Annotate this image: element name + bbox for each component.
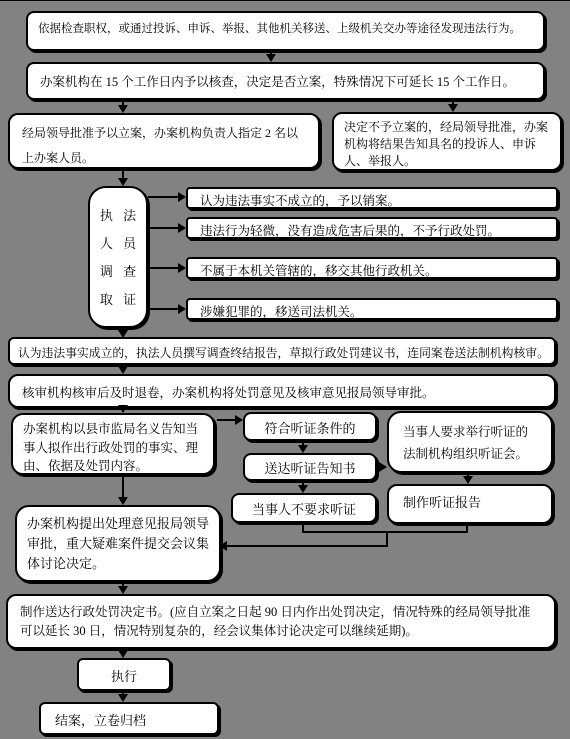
arrowhead-b2-b3 xyxy=(118,105,128,113)
arrowhead-b13-b14 xyxy=(298,445,308,453)
arrowhead-b5-b7 xyxy=(178,223,186,233)
administrative-penalty-flowchart: 依据检查职权，或通过投诉、申诉、举报、其他机关移送、上级机关交办等途径发现违法行… xyxy=(0,0,570,739)
connector-merge-horizontal xyxy=(302,531,468,533)
step-legal-review: 核审机构核审后及时退卷，办案机构将处罚意见及核审意见报局领导审批。 xyxy=(8,374,556,408)
branch-no-penalty-minor: 违法行为轻微，没有造成危害后果的，不予行政处罚。 xyxy=(186,217,558,239)
investigation-label-line: 取 证 xyxy=(90,286,146,314)
step-execution: 执行 xyxy=(77,658,171,691)
connector-b5-b7 xyxy=(148,227,179,229)
step-investigation: 执 法 人 员 调 查 取 证 xyxy=(88,186,148,328)
arrowhead-b20-b21 xyxy=(118,694,128,702)
step-preliminary-verification: 办案机构在 15 个工作日内予以核查，决定是否立案，特殊情况下可延长 15 个工… xyxy=(26,62,545,100)
arrowhead-b2-b4 xyxy=(448,104,458,112)
arrowhead-b12-b18 xyxy=(118,497,128,505)
step-investigation-report: 认为违法事实成立的，执法人员撰写调查终结报告，草拟行政处罚建议书，连同案卷送法制… xyxy=(8,337,556,365)
arrowhead-b1-b2 xyxy=(266,54,276,62)
arrowhead-b5-b9 xyxy=(178,304,186,314)
connector-b12-b18 xyxy=(122,475,124,498)
branch-case-withdrawn: 认为违法事实不成立的，予以销案。 xyxy=(186,187,558,209)
step-case-discovery: 依据检查职权，或通过投诉、申诉、举报、其他机关移送、上级机关交办等途径发现违法行… xyxy=(26,11,545,51)
step-case-filing-approved: 经局领导批准予以立案，办案机构负责人指定 2 名以上办案人员。 xyxy=(8,113,320,169)
arrowhead-b18-b19 xyxy=(118,586,128,594)
connector-b12-b13 xyxy=(217,419,236,421)
branch-transfer-other-authority: 不属于本机关管辖的，移交其他行政机关。 xyxy=(186,257,558,279)
arrowhead-b14-b17 xyxy=(298,485,308,493)
connector-b5-b8 xyxy=(148,267,179,269)
arrowhead-b5-b6 xyxy=(178,192,186,202)
investigation-label-line: 执 法 xyxy=(90,202,146,230)
branch-transfer-judicial: 涉嫌犯罪的，移送司法机关。 xyxy=(186,298,558,320)
step-deliver-hearing-notice: 送达听证告知书 xyxy=(243,453,377,481)
connector-b5-b9 xyxy=(148,308,179,310)
connector-b5-b6 xyxy=(148,196,179,198)
arrowhead-merge-b18 xyxy=(219,541,227,551)
arrowhead-b11-b12 xyxy=(118,405,128,413)
investigation-label-line: 调 查 xyxy=(90,258,146,286)
arrowhead-b19-b20 xyxy=(118,650,128,658)
investigation-label-line: 人 员 xyxy=(90,230,146,258)
step-case-not-filed: 决定不予立案的，经局领导批准，办案机构将结果告知具名的投诉人、申诉人、举报人。 xyxy=(332,112,562,171)
arrowhead-b12-b13 xyxy=(235,415,243,425)
step-case-closure: 结案，立卷归档 xyxy=(39,702,219,735)
step-review-decision: 办案机构提出处理意见报局领导审批，重大疑难案件提交会议集体讨论决定。 xyxy=(15,505,221,582)
step-penalty-decision-document: 制作送达行政处罚决定书。(应自立案之日起 90 日内作出处罚决定，情况特殊的经局… xyxy=(6,594,556,649)
step-hearing-report: 制作听证报告 xyxy=(387,484,553,524)
arrowhead-b3-b5 xyxy=(118,178,128,186)
step-notify-party: 办案机构以县市监局名义告知当事人拟作出行政处罚的事实、理由、依据及处罚内容。 xyxy=(11,413,215,475)
arrowhead-b15-b16 xyxy=(463,476,473,484)
step-no-hearing-requested: 当事人不要求听证 xyxy=(231,493,377,523)
step-hearing-conditions-met: 符合听证条件的 xyxy=(243,412,377,441)
step-hearing-organized: 当事人要求举行听证的法制机构组织听证会。 xyxy=(387,411,553,473)
arrowhead-b14-b15 xyxy=(379,462,387,472)
arrowhead-b10-b11 xyxy=(118,366,128,374)
connector-merge-b18 xyxy=(227,545,388,547)
arrowhead-b5-b8 xyxy=(178,263,186,273)
